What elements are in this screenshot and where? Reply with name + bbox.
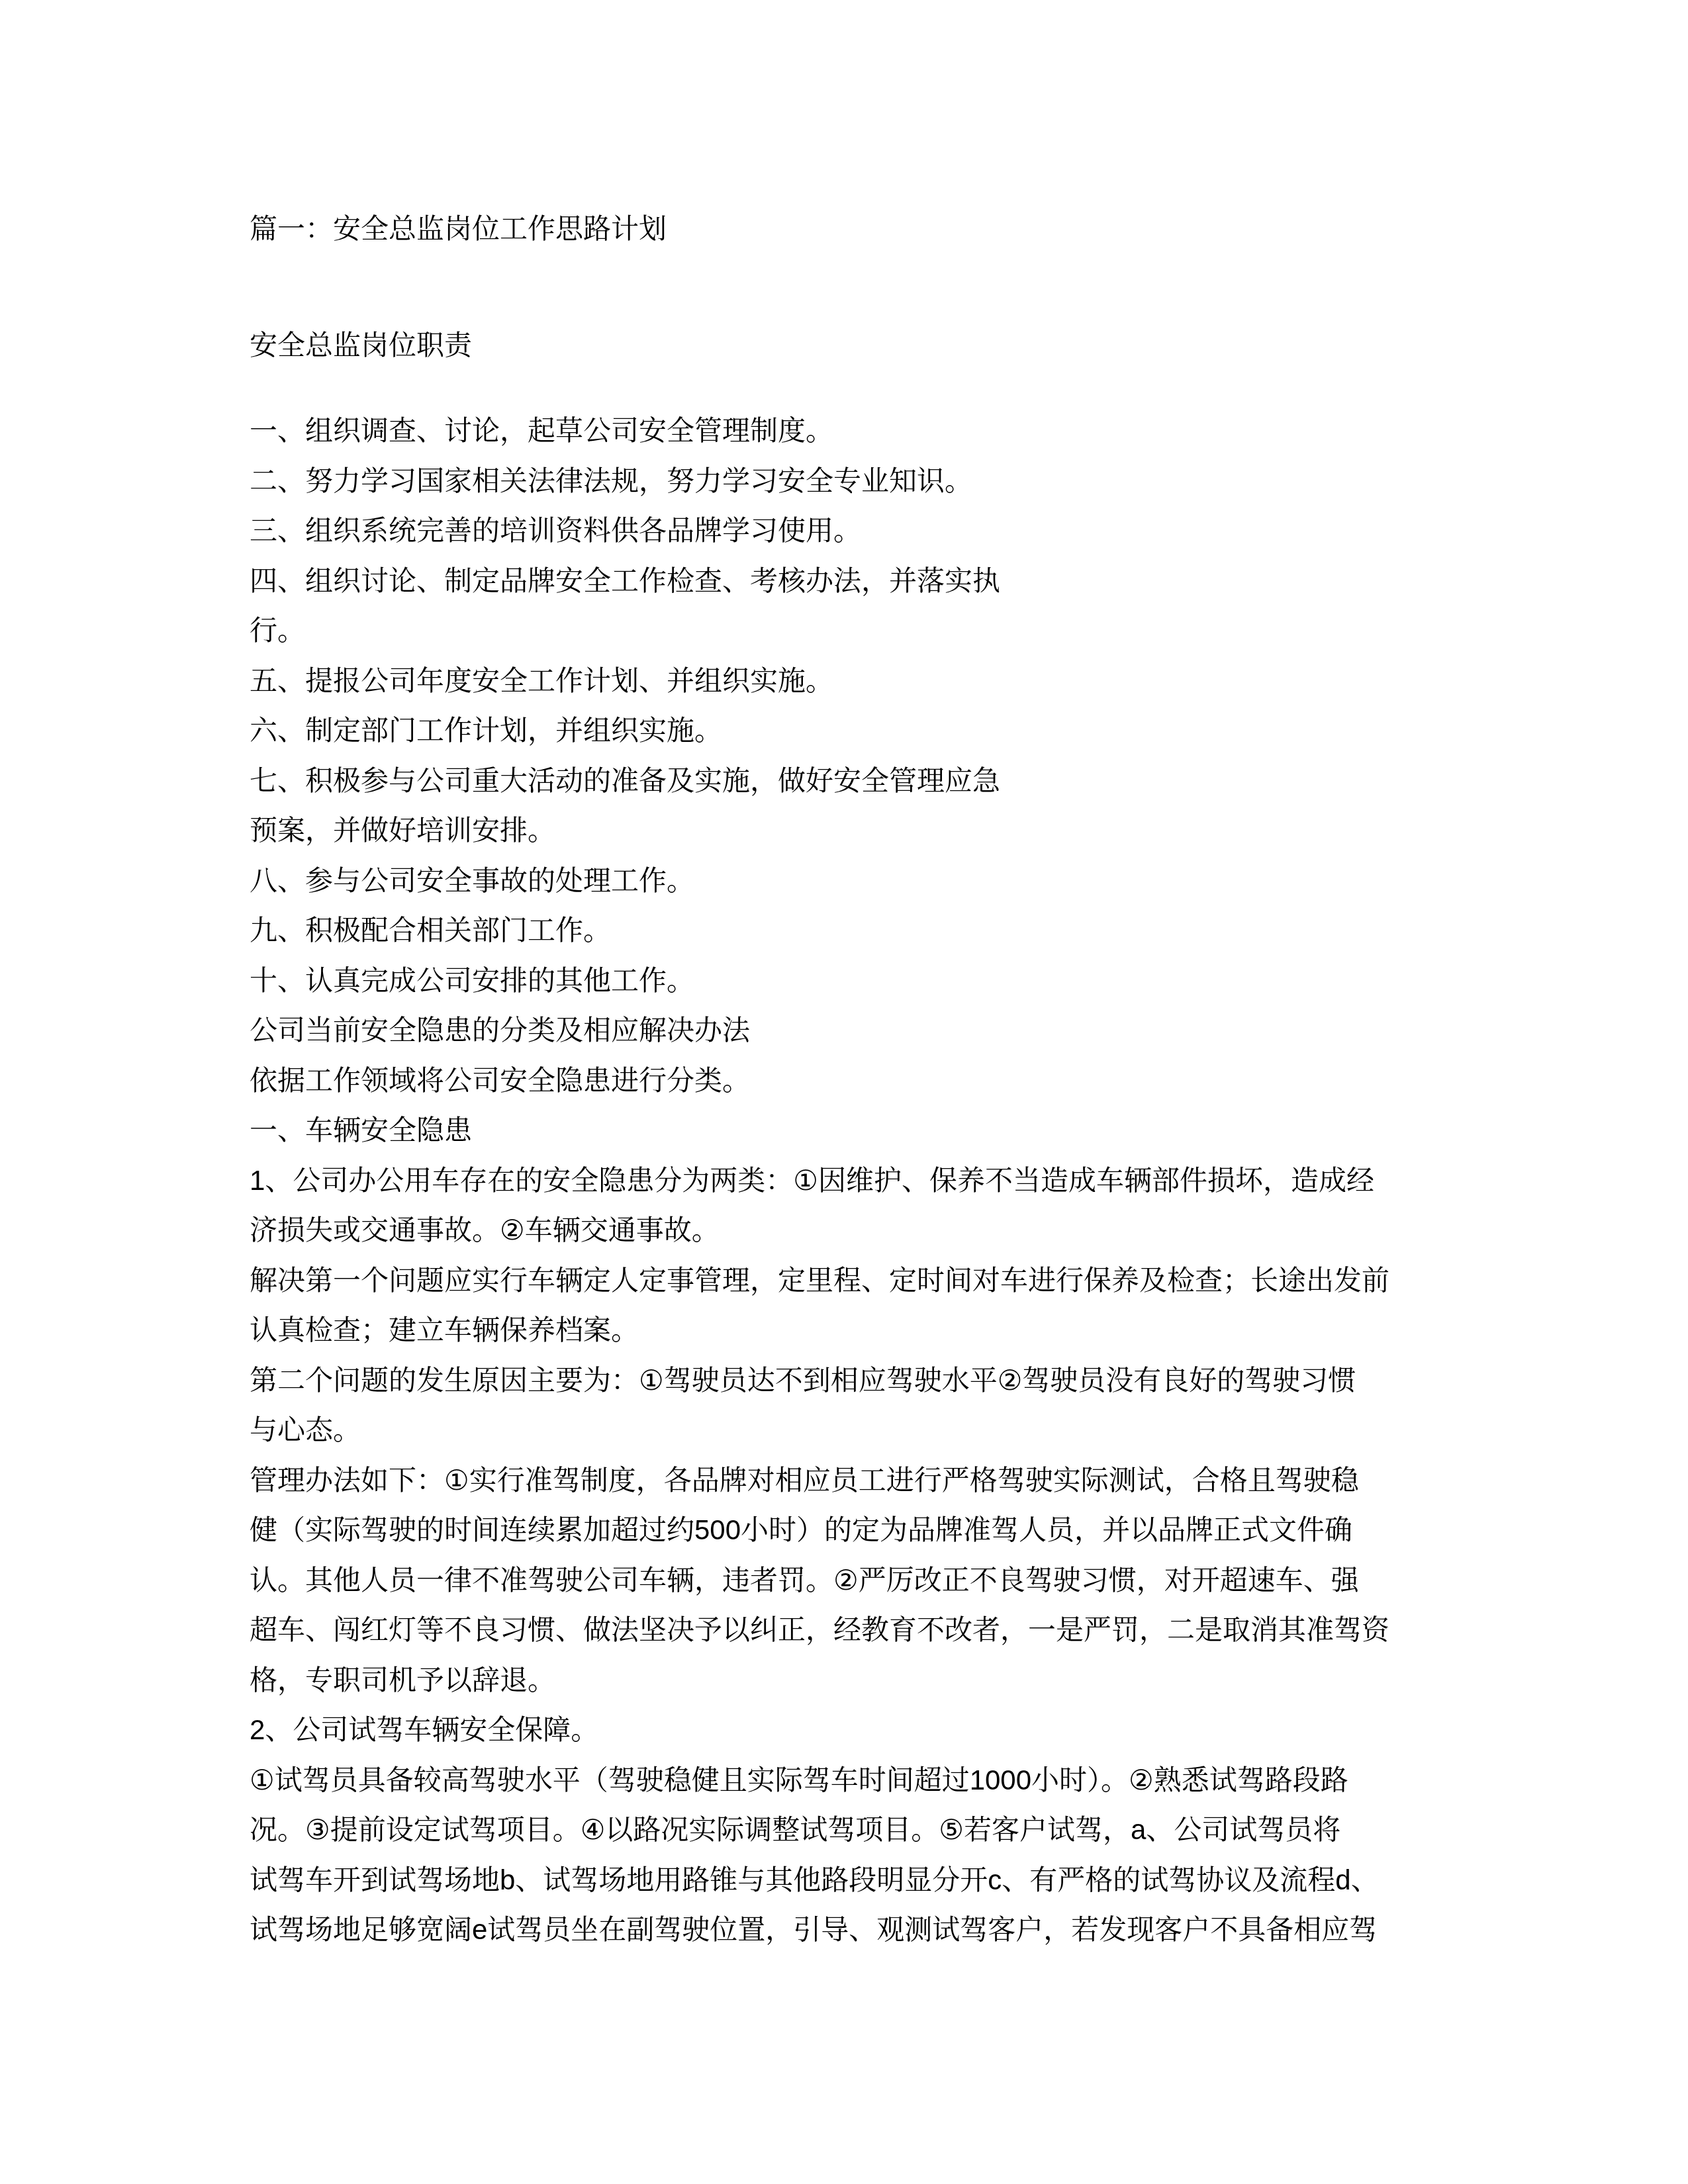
doc-section-heading-line: 公司当前安全隐患的分类及相应解决办法 — [250, 1005, 1573, 1056]
doc-text-line: 八、参与公司安全事故的处理工作。 — [250, 856, 1573, 906]
doc-subtitle-line: 安全总监岗位职责 — [250, 320, 1573, 371]
doc-text-line: 况。③提前设定试驾项目。④以路况实际调整试驾项目。⑤若客户试驾，a、公司试驾员将 — [250, 1805, 1573, 1855]
doc-text-line: 2、公司试驾车辆安全保障。 — [250, 1705, 1573, 1755]
doc-text-line: 一、车辆安全隐患 — [250, 1105, 1573, 1156]
doc-text-line: 九、积极配合相关部门工作。 — [250, 905, 1573, 956]
doc-text-line: 解决第一个问题应实行车辆定人定事管理，定里程、定时间对车进行保养及检查；长途出发… — [250, 1255, 1573, 1306]
doc-text-line: 认真检查；建立车辆保养档案。 — [250, 1305, 1573, 1355]
doc-text-line: 1、公司办公用车存在的安全隐患分为两类：①因维护、保养不当造成车辆部件损坏，造成… — [250, 1156, 1573, 1206]
doc-text-line: 健（实际驾驶的时间连续累加超过约500小时）的定为品牌准驾人员，并以品牌正式文件… — [250, 1505, 1573, 1555]
doc-text-line: 预案，并做好培训安排。 — [250, 805, 1573, 856]
document-body: 篇一：安全总监岗位工作思路计划 安全总监岗位职责 一、组织调查、讨论，起草公司安… — [250, 204, 1573, 1955]
doc-text-line: 三、组织系统完善的培训资料供各品牌学习使用。 — [250, 506, 1573, 556]
doc-text-line: 第二个问题的发生原因主要为：①驾驶员达不到相应驾驶水平②驾驶员没有良好的驾驶习惯 — [250, 1355, 1573, 1406]
doc-title-line: 篇一：安全总监岗位工作思路计划 — [250, 204, 1573, 254]
doc-text-line: 依据工作领域将公司安全隐患进行分类。 — [250, 1056, 1573, 1106]
doc-text-line: 超车、闯红灯等不良习惯、做法坚决予以纠正，经教育不改者，一是严罚，二是取消其准驾… — [250, 1605, 1573, 1655]
doc-text-line: 济损失或交通事故。②车辆交通事故。 — [250, 1205, 1573, 1255]
doc-text-line: 四、组织讨论、制定品牌安全工作检查、考核办法，并落实执 — [250, 556, 1573, 606]
doc-text-line: 与心态。 — [250, 1405, 1573, 1455]
doc-text-line: 格，专职司机予以辞退。 — [250, 1655, 1573, 1706]
doc-text-line: 二、努力学习国家相关法律法规，努力学习安全专业知识。 — [250, 456, 1573, 506]
doc-text-line: 认。其他人员一律不准驾驶公司车辆，违者罚。②严厉改正不良驾驶习惯，对开超速车、强 — [250, 1555, 1573, 1606]
doc-text-line: 十、认真完成公司安排的其他工作。 — [250, 956, 1573, 1006]
doc-text-line: 五、提报公司年度安全工作计划、并组织实施。 — [250, 656, 1573, 706]
doc-text-line: 六、制定部门工作计划，并组织实施。 — [250, 705, 1573, 756]
doc-text-line: 七、积极参与公司重大活动的准备及实施，做好安全管理应急 — [250, 756, 1573, 806]
doc-text-line: 试驾车开到试驾场地b、试驾场地用路锥与其他路段明显分开c、有严格的试驾协议及流程… — [250, 1855, 1573, 1905]
doc-text-line: ①试驾员具备较高驾驶水平（驾驶稳健且实际驾车时间超过1000小时）。②熟悉试驾路… — [250, 1755, 1573, 1805]
doc-text-line: 管理办法如下：①实行准驾制度，各品牌对相应员工进行严格驾驶实际测试，合格且驾驶稳 — [250, 1455, 1573, 1506]
doc-text-line: 一、组织调查、讨论，起草公司安全管理制度。 — [250, 406, 1573, 456]
document-page: 篇一：安全总监岗位工作思路计划 安全总监岗位职责 一、组织调查、讨论，起草公司安… — [0, 0, 1688, 2184]
doc-text-line: 行。 — [250, 606, 1573, 656]
doc-text-line: 试驾场地足够宽阔e试驾员坐在副驾驶位置，引导、观测试驾客户，若发现客户不具备相应… — [250, 1905, 1573, 1955]
